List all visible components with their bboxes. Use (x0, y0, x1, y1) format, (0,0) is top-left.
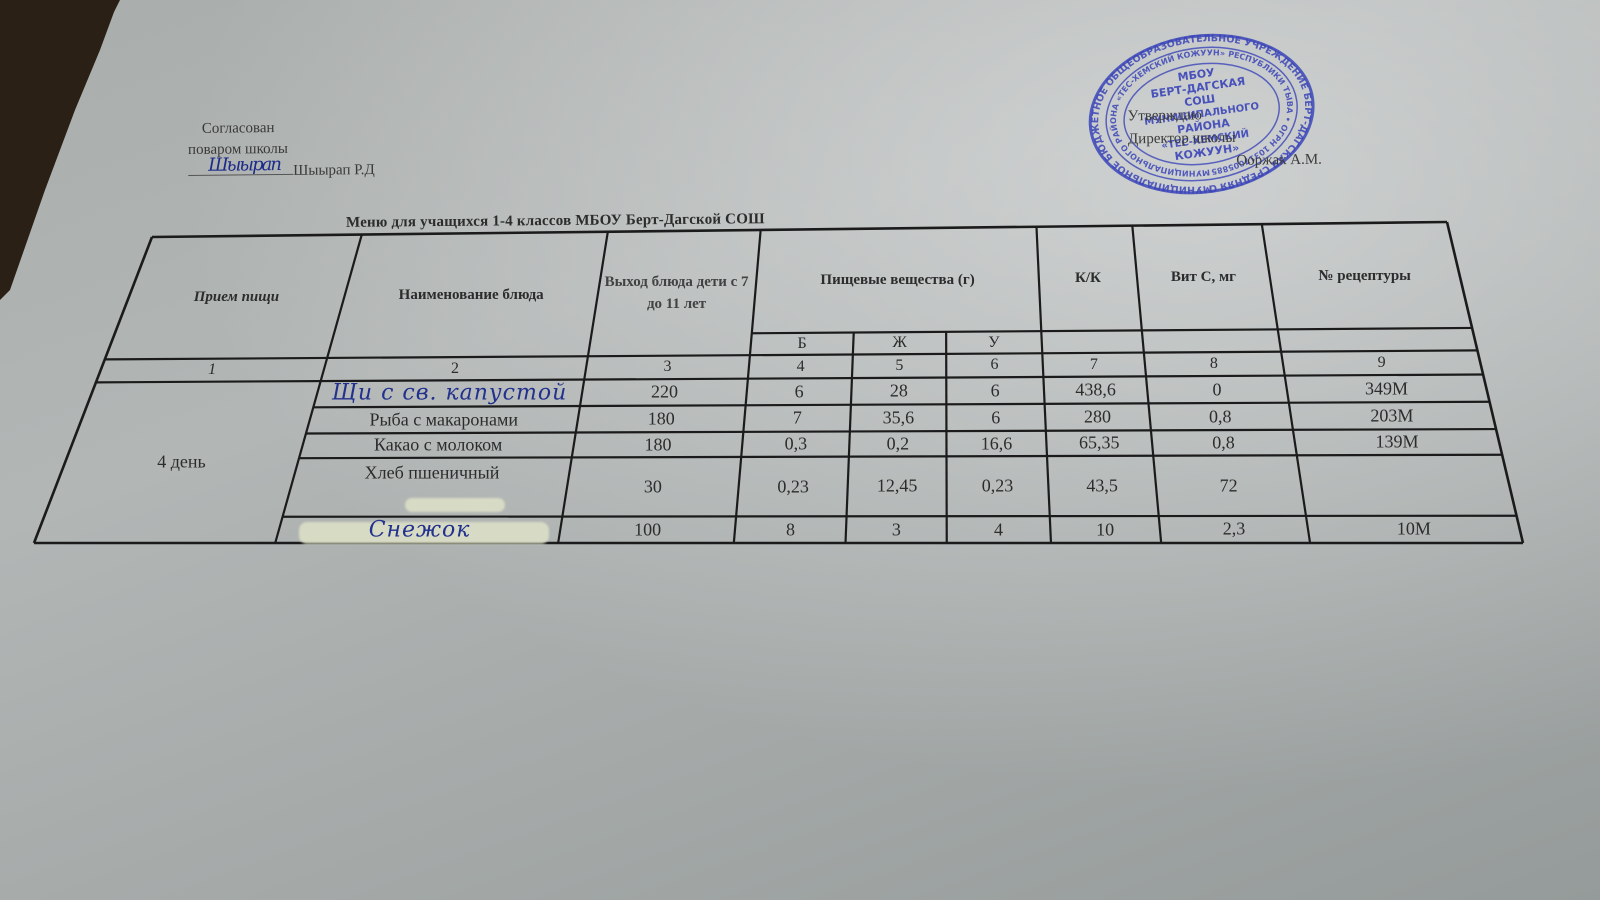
value-portion: 100 (634, 519, 661, 540)
value-b: 0,3 (785, 434, 808, 455)
value-vitc: 72 (1220, 475, 1238, 496)
value-vitc: 2,3 (1223, 519, 1246, 540)
column-number: 2 (451, 360, 459, 378)
column-number: 1 (208, 361, 216, 379)
value-b: 7 (793, 408, 802, 429)
value-zh: 28 (890, 381, 908, 402)
value-portion: 30 (644, 476, 662, 497)
value-vitc: 0,8 (1212, 432, 1235, 453)
column-number: 8 (1210, 355, 1218, 373)
value-zh: 0,2 (887, 433, 910, 454)
dish-name: Хлеб пшеничный (365, 463, 500, 484)
value-u: 16,6 (981, 433, 1013, 454)
value-recipe: 349М (1365, 378, 1408, 399)
value-u: 6 (991, 407, 1000, 428)
dish-name: Рыба с макаронами (369, 409, 518, 430)
value-recipe: 10М (1397, 519, 1431, 540)
subheader-fat: Ж (893, 334, 907, 352)
value-b: 6 (795, 381, 804, 402)
value-u: 6 (991, 380, 1000, 401)
header-portion: Выход блюда дети с 7 до 11 лет (602, 271, 752, 315)
value-recipe: 139М (1375, 432, 1418, 453)
header-vitamin-c: Вит С, мг (1171, 266, 1236, 288)
subheader-carbs: У (988, 334, 999, 352)
value-portion: 180 (645, 434, 672, 455)
header-meal: Прием пищи (194, 286, 279, 308)
column-number: 7 (1090, 356, 1098, 374)
menu-table: Прием пищиНаименование блюдаВыход блюда … (0, 0, 1600, 900)
column-number: 6 (991, 356, 999, 374)
column-number: 9 (1378, 354, 1386, 372)
value-portion: 180 (648, 408, 675, 429)
value-u: 0,23 (982, 476, 1014, 497)
value-zh: 12,45 (877, 476, 918, 497)
value-vitc: 0,8 (1209, 406, 1232, 427)
value-u: 4 (994, 519, 1003, 540)
day-label: 4 день (157, 452, 206, 473)
value-kcal: 438,6 (1075, 380, 1116, 401)
value-b: 8 (786, 519, 795, 540)
value-portion: 220 (651, 382, 678, 403)
value-kcal: 280 (1084, 407, 1111, 428)
value-zh: 3 (892, 519, 901, 540)
header-recipe-number: № рецептуры (1318, 265, 1411, 287)
column-number: 5 (895, 357, 903, 375)
dish-name: Снежок (369, 517, 471, 542)
header-dish: Наименование блюда (399, 284, 544, 306)
dish-name: Какао с молоком (374, 435, 502, 456)
value-kcal: 65,35 (1079, 433, 1120, 454)
header-nutrients: Пищевые вещества (г) (820, 269, 974, 291)
correction-fluid (405, 498, 505, 512)
header-kcal: К/К (1075, 267, 1101, 289)
dish-name: Щи с св. капустой (332, 381, 567, 406)
column-number: 4 (797, 358, 805, 376)
value-kcal: 43,5 (1086, 475, 1118, 496)
value-kcal: 10 (1096, 519, 1114, 540)
value-b: 0,23 (777, 476, 809, 497)
value-zh: 35,6 (883, 407, 915, 428)
value-vitc: 0 (1213, 379, 1222, 400)
subheader-protein: Б (797, 335, 806, 353)
column-number: 3 (664, 358, 672, 376)
value-recipe: 203М (1370, 405, 1413, 426)
